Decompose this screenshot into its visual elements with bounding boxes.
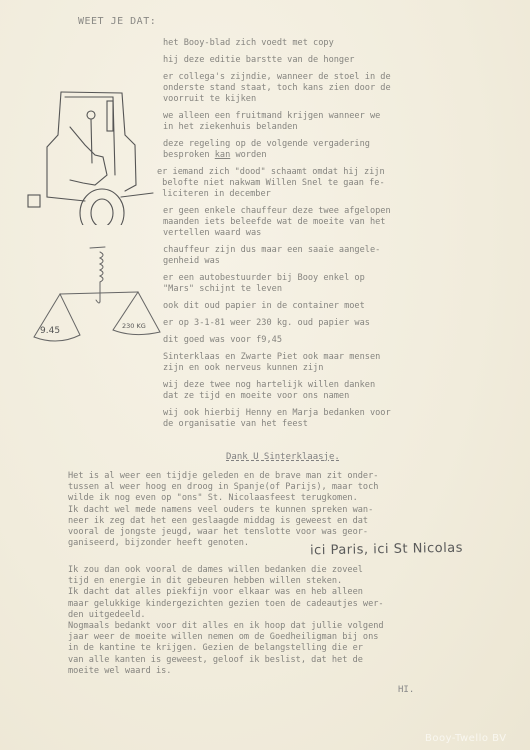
list-item: Sinterklaas en Zwarte Piet ook maar mens…: [163, 352, 463, 374]
list-item: er collega's zijndie, wanneer de stoel i…: [163, 72, 463, 106]
scale-illustration: 9.45 230 KG: [30, 242, 180, 352]
paragraph-2: Ik zou dan ook vooral de dames willen be…: [68, 565, 488, 677]
right-pan-label: 230 KG: [122, 322, 146, 330]
weet-je-dat-list: het Booy-blad zich voedt met copy hij de…: [163, 38, 463, 436]
list-item: chauffeur zijn dus maar een saaie aangel…: [163, 245, 463, 267]
list-item: dit goed was voor f9,45: [163, 335, 463, 346]
truck-illustration: [25, 85, 175, 225]
list-item: het Booy-blad zich voedt met copy: [163, 38, 463, 49]
list-item: er geen enkele chauffeur deze twee afgel…: [163, 206, 463, 240]
paragraph-1: Het is al weer een tijdje geleden en de …: [68, 471, 488, 549]
document-page: WEET JE DAT: 9.45 230 KG: [0, 0, 530, 750]
list-item: er iemand zich "dood" schaamt omdat hij …: [157, 167, 463, 201]
handwritten-note: ici Paris, ici St Nicolas: [310, 541, 463, 559]
left-pan-label: 9.45: [40, 326, 60, 336]
list-item: wij ook hierbij Henny en Marja bedanken …: [163, 408, 463, 430]
list-item: ook dit oud papier in de container moet: [163, 301, 463, 312]
list-item: hij deze editie barstte van de honger: [163, 55, 463, 66]
list-item: we alleen een fruitmand krijgen wanneer …: [163, 111, 463, 133]
list-item: deze regeling op de volgende vergadering…: [163, 139, 463, 161]
signature: HI.: [398, 685, 414, 695]
list-item: er een autobestuurder bij Booy enkel op …: [163, 273, 463, 295]
list-item: er op 3-1-81 weer 230 kg. oud papier was: [163, 318, 463, 329]
heading: WEET JE DAT:: [78, 16, 156, 27]
list-item: wij deze twee nog hartelijk willen danke…: [163, 380, 463, 402]
watermark: Booy-Twello BV: [425, 733, 507, 744]
section-title: Dank U Sinterklaasje.: [226, 452, 340, 462]
